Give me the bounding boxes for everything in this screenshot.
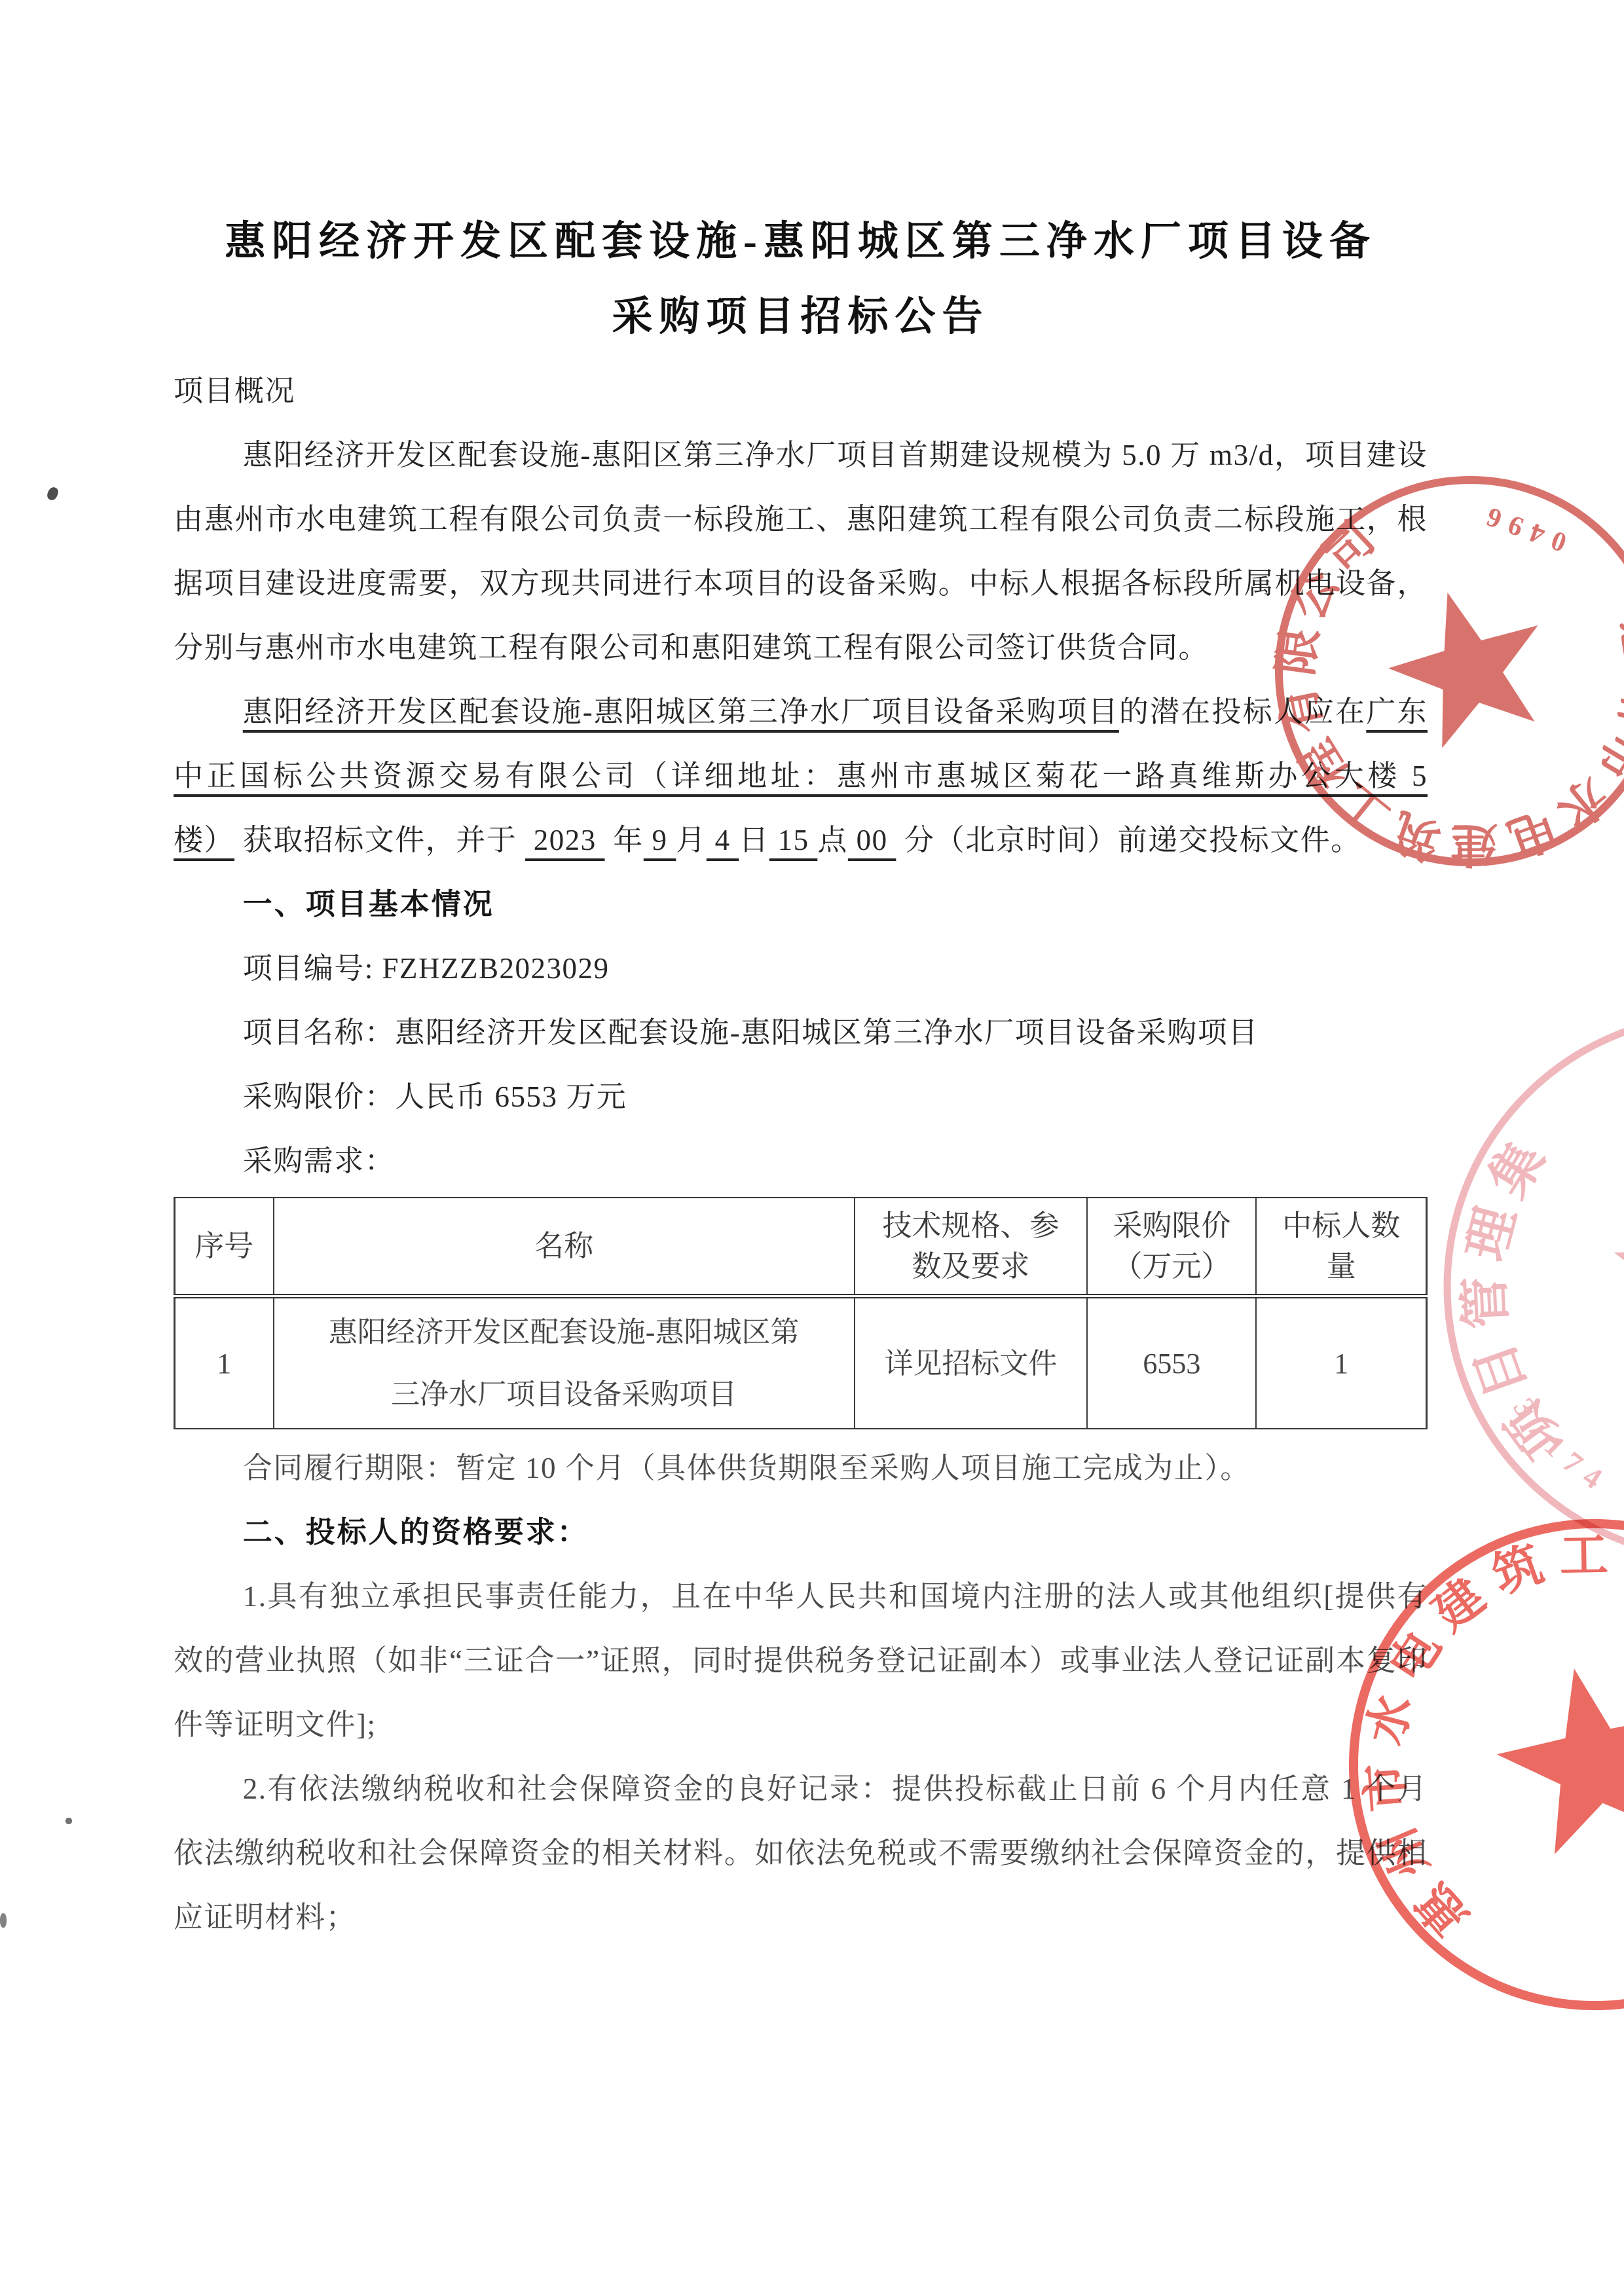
- col-header-price: 采购限价 （万元）: [1087, 1198, 1256, 1296]
- title-line-1: 惠阳经济开发区配套设施-惠阳城区第三净水厂项目设备: [174, 204, 1428, 280]
- title-line-2: 采购项目招标公告: [174, 280, 1428, 355]
- company-seal-middle: 项目管理集 37174: [1424, 992, 1624, 1581]
- cell-price: 6553: [1087, 1296, 1256, 1429]
- text-run: 点: [817, 824, 848, 856]
- table-header-row: 序号 名称 技术规格、参 数及要求 采购限价 （万元） 中标人数 量: [175, 1198, 1427, 1296]
- text-run: 日: [739, 824, 769, 856]
- col-header-spec: 技术规格、参 数及要求: [855, 1198, 1088, 1296]
- page-title: 惠阳经济开发区配套设施-惠阳城区第三净水厂项目设备 采购项目招标公告: [174, 204, 1428, 355]
- cell-winners: 1: [1256, 1296, 1426, 1429]
- scan-artifact: [45, 486, 60, 502]
- section2-heading: 二、投标人的资格要求：: [174, 1500, 1428, 1564]
- underlined-day: 4: [707, 824, 739, 856]
- underlined-hour: 15: [769, 824, 818, 856]
- cell-name: 惠阳经济开发区配套设施-惠阳城区第 三净水厂项目设备采购项目: [274, 1296, 855, 1429]
- text-run: 的潜在投标人应在: [1119, 695, 1366, 728]
- document-content: 惠阳经济开发区配套设施-惠阳城区第三净水厂项目设备 采购项目招标公告 项目概况 …: [174, 0, 1428, 1949]
- paragraph-project-overview: 惠阳经济开发区配套设施-惠阳区第三净水厂项目首期建设规模为 5.0 万 m3/d…: [174, 423, 1428, 680]
- procurement-demand-label: 采购需求：: [174, 1129, 1428, 1193]
- underlined-year: 2023: [525, 824, 605, 856]
- scan-artifact: [0, 1913, 7, 1928]
- requirement-2: 2.有依法缴纳税收和社会保障资金的良好记录：提供投标截止日前 6 个月内任意 1…: [174, 1757, 1428, 1949]
- col-header-seq: 序号: [175, 1198, 274, 1296]
- seal-code: 37174: [1507, 1392, 1617, 1501]
- text-run: 月: [676, 824, 707, 856]
- text-run: 分（北京时间）前递交投标文件。: [896, 824, 1361, 856]
- seal-arc-text: 项目管理集: [1456, 1122, 1574, 1469]
- seal-ring: [1447, 1015, 1624, 1558]
- overview-heading: 项目概况: [174, 359, 1428, 423]
- requirement-1: 1.具有独立承担民事责任能力，且在中华人民共和国境内注册的法人或其他组织[提供有…: [174, 1564, 1428, 1757]
- procurement-items-table: 序号 名称 技术规格、参 数及要求 采购限价 （万元） 中标人数 量 1 惠阳经…: [174, 1197, 1428, 1429]
- svg-text:37174: 37174: [1507, 1392, 1617, 1501]
- section1-heading: 一、项目基本情况: [174, 872, 1428, 936]
- contract-term-line: 合同履行期限：暂定 10 个月（具体供货期限至采购人项目施工完成为止）。: [174, 1436, 1428, 1500]
- seal-code: 0496: [1474, 498, 1570, 557]
- star-icon: [1483, 1649, 1624, 1862]
- paragraph-bid-instructions: 惠阳经济开发区配套设施-惠阳城区第三净水厂项目设备采购项目的潜在投标人应在广东中…: [174, 680, 1428, 872]
- col-header-winners: 中标人数 量: [1256, 1198, 1426, 1296]
- underlined-month: 9: [644, 824, 676, 856]
- cell-seq: 1: [175, 1296, 274, 1429]
- underlined-minute: 00: [848, 824, 896, 856]
- text-run: 年: [605, 824, 644, 856]
- project-name-line: 项目名称：惠阳经济开发区配套设施-惠阳城区第三净水厂项目设备采购项目: [174, 1001, 1428, 1065]
- project-number-line: 项目编号: FZHZZB2023029: [174, 936, 1428, 1001]
- price-limit-line: 采购限价：人民币 6553 万元: [174, 1065, 1428, 1129]
- underlined-project-name: 惠阳经济开发区配套设施-惠阳城区第三净水厂项目设备采购项目: [243, 695, 1119, 728]
- text-run: 获取招标文件，并于: [234, 824, 525, 856]
- svg-text:项目管理集: 项目管理集: [1456, 1122, 1574, 1469]
- table-row: 1 惠阳经济开发区配套设施-惠阳城区第 三净水厂项目设备采购项目 详见招标文件 …: [175, 1296, 1427, 1429]
- col-header-name: 名称: [274, 1198, 855, 1296]
- document-page: 惠阳经济开发区配套设施-惠阳城区第三净水厂项目设备 采购项目招标公告 项目概况 …: [0, 0, 1624, 2295]
- star-icon: [1614, 1176, 1624, 1376]
- scan-artifact: [65, 1818, 72, 1824]
- cell-spec: 详见招标文件: [855, 1296, 1088, 1429]
